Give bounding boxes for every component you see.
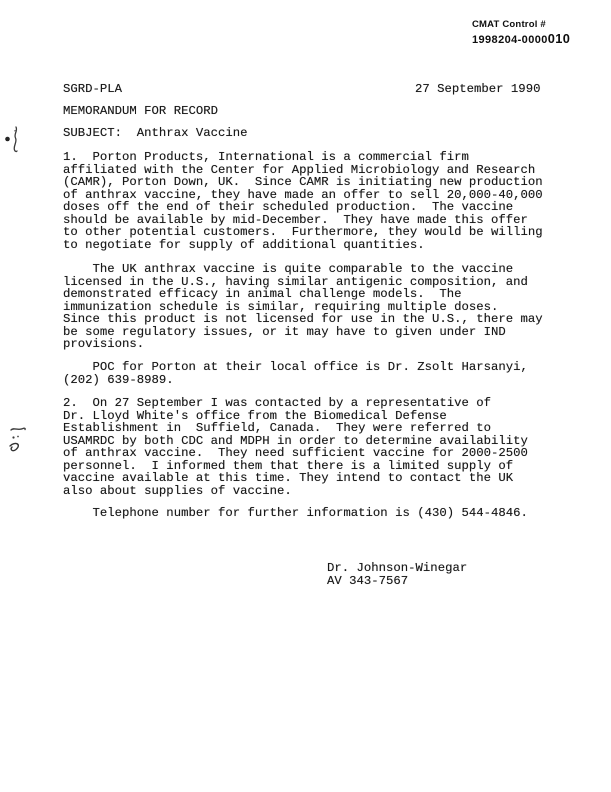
memo-document-page: CMAT Control # 1998204-0000010 SGRD-PLA … [0, 0, 611, 792]
cmat-control-number-prefix: 1998204-0000 [472, 34, 548, 46]
paragraph-1: 1. Porton Products, International is a c… [63, 151, 543, 251]
memo-date: 27 September 1990 [415, 83, 540, 96]
handwritten-ink-mark-upper-icon [2, 122, 26, 158]
cmat-control-number: 1998204-0000010 [472, 31, 570, 46]
memo-type-line: MEMORANDUM FOR RECORD [63, 105, 218, 118]
handwritten-ink-mark-lower-icon [4, 424, 32, 458]
signature-block: Dr. Johnson-Winegar AV 343-7567 [327, 562, 467, 587]
paragraph-3-poc: POC for Porton at their local office is … [63, 361, 528, 386]
subject-line: SUBJECT: Anthrax Vaccine [63, 127, 247, 140]
cmat-control-number-suffix: 010 [548, 31, 571, 46]
paragraph-5-telephone: Telephone number for further information… [63, 507, 528, 520]
signature-phone: AV 343-7567 [327, 574, 408, 588]
cmat-control-label: CMAT Control # [472, 19, 570, 30]
paragraph-4: 2. On 27 September I was contacted by a … [63, 397, 528, 497]
office-symbol: SGRD-PLA [63, 83, 122, 96]
paragraph-2: The UK anthrax vaccine is quite comparab… [63, 263, 543, 351]
cmat-control-block: CMAT Control # 1998204-0000010 [472, 19, 570, 46]
